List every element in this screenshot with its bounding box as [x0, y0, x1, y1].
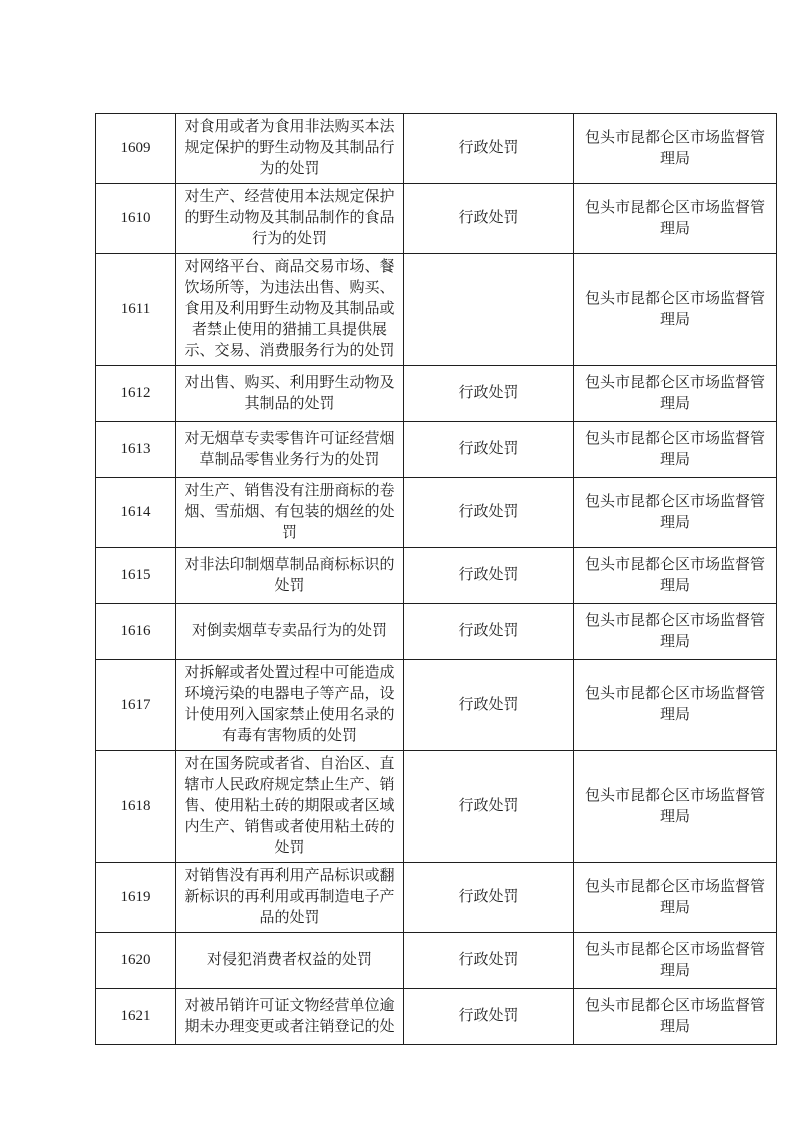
cell-authority: 包头市昆都仑区市场监督管理局 — [574, 422, 777, 478]
table-row: 1612 对出售、购买、利用野生动物及其制品的处罚 行政处罚 包头市昆都仑区市场… — [96, 366, 777, 422]
table-row: 1615 对非法印制烟草制品商标标识的处罚 行政处罚 包头市昆都仑区市场监督管理… — [96, 548, 777, 604]
document-page: 1609 对食用或者为食用非法购买本法规定保护的野生动物及其制品行为的处罚 行政… — [0, 0, 793, 1122]
cell-authority: 包头市昆都仑区市场监督管理局 — [574, 184, 777, 254]
cell-id: 1609 — [96, 114, 176, 184]
table-row: 1620 对侵犯消费者权益的处罚 行政处罚 包头市昆都仑区市场监督管理局 — [96, 933, 777, 989]
cell-type: 行政处罚 — [404, 366, 574, 422]
cell-authority: 包头市昆都仑区市场监督管理局 — [574, 478, 777, 548]
cell-matter: 对无烟草专卖零售许可证经营烟草制品零售业务行为的处罚 — [176, 422, 404, 478]
cell-authority: 包头市昆都仑区市场监督管理局 — [574, 548, 777, 604]
cell-authority: 包头市昆都仑区市场监督管理局 — [574, 751, 777, 863]
cell-id: 1620 — [96, 933, 176, 989]
cell-authority: 包头市昆都仑区市场监督管理局 — [574, 660, 777, 751]
cell-type: 行政处罚 — [404, 933, 574, 989]
cell-matter: 对拆解或者处置过程中可能造成环境污染的电器电子等产品，设计使用列入国家禁止使用名… — [176, 660, 404, 751]
table-row: 1609 对食用或者为食用非法购买本法规定保护的野生动物及其制品行为的处罚 行政… — [96, 114, 777, 184]
cell-id: 1621 — [96, 989, 176, 1045]
cell-matter: 对食用或者为食用非法购买本法规定保护的野生动物及其制品行为的处罚 — [176, 114, 404, 184]
cell-type: 行政处罚 — [404, 478, 574, 548]
cell-type: 行政处罚 — [404, 989, 574, 1045]
cell-matter: 对网络平台、商品交易市场、餐饮场所等，为违法出售、购买、食用及利用野生动物及其制… — [176, 254, 404, 366]
cell-authority: 包头市昆都仑区市场监督管理局 — [574, 989, 777, 1045]
table-row: 1611 对网络平台、商品交易市场、餐饮场所等，为违法出售、购买、食用及利用野生… — [96, 254, 777, 366]
table-row: 1610 对生产、经营使用本法规定保护的野生动物及其制品制作的食品行为的处罚 行… — [96, 184, 777, 254]
cell-type: 行政处罚 — [404, 114, 574, 184]
cell-authority: 包头市昆都仑区市场监督管理局 — [574, 863, 777, 933]
cell-authority: 包头市昆都仑区市场监督管理局 — [574, 933, 777, 989]
cell-type: 行政处罚 — [404, 660, 574, 751]
cell-id: 1614 — [96, 478, 176, 548]
cell-authority: 包头市昆都仑区市场监督管理局 — [574, 114, 777, 184]
cell-type: 行政处罚 — [404, 604, 574, 660]
cell-matter: 对在国务院或者省、自治区、直辖市人民政府规定禁止生产、销售、使用粘土砖的期限或者… — [176, 751, 404, 863]
cell-id: 1619 — [96, 863, 176, 933]
cell-authority: 包头市昆都仑区市场监督管理局 — [574, 604, 777, 660]
cell-matter: 对销售没有再利用产品标识或翻新标识的再利用或再制造电子产品的处罚 — [176, 863, 404, 933]
table-row: 1614 对生产、销售没有注册商标的卷烟、雪茄烟、有包装的烟丝的处罚 行政处罚 … — [96, 478, 777, 548]
penalty-items-table: 1609 对食用或者为食用非法购买本法规定保护的野生动物及其制品行为的处罚 行政… — [95, 113, 777, 1045]
cell-matter: 对侵犯消费者权益的处罚 — [176, 933, 404, 989]
cell-id: 1617 — [96, 660, 176, 751]
cell-matter: 对倒卖烟草专卖品行为的处罚 — [176, 604, 404, 660]
cell-type: 行政处罚 — [404, 751, 574, 863]
cell-id: 1610 — [96, 184, 176, 254]
cell-type: 行政处罚 — [404, 422, 574, 478]
cell-matter: 对出售、购买、利用野生动物及其制品的处罚 — [176, 366, 404, 422]
table-row: 1613 对无烟草专卖零售许可证经营烟草制品零售业务行为的处罚 行政处罚 包头市… — [96, 422, 777, 478]
cell-matter: 对生产、销售没有注册商标的卷烟、雪茄烟、有包装的烟丝的处罚 — [176, 478, 404, 548]
cell-matter: 对被吊销许可证文物经营单位逾期未办理变更或者注销登记的处 — [176, 989, 404, 1045]
cell-type: 行政处罚 — [404, 184, 574, 254]
cell-id: 1618 — [96, 751, 176, 863]
penalty-table-body: 1609 对食用或者为食用非法购买本法规定保护的野生动物及其制品行为的处罚 行政… — [96, 114, 777, 1045]
cell-type: 行政处罚 — [404, 863, 574, 933]
table-row: 1618 对在国务院或者省、自治区、直辖市人民政府规定禁止生产、销售、使用粘土砖… — [96, 751, 777, 863]
cell-id: 1615 — [96, 548, 176, 604]
table-row: 1619 对销售没有再利用产品标识或翻新标识的再利用或再制造电子产品的处罚 行政… — [96, 863, 777, 933]
table-row: 1616 对倒卖烟草专卖品行为的处罚 行政处罚 包头市昆都仑区市场监督管理局 — [96, 604, 777, 660]
cell-matter: 对生产、经营使用本法规定保护的野生动物及其制品制作的食品行为的处罚 — [176, 184, 404, 254]
cell-id: 1613 — [96, 422, 176, 478]
cell-id: 1611 — [96, 254, 176, 366]
table-row: 1621 对被吊销许可证文物经营单位逾期未办理变更或者注销登记的处 行政处罚 包… — [96, 989, 777, 1045]
cell-type: 行政处罚 — [404, 548, 574, 604]
cell-id: 1612 — [96, 366, 176, 422]
table-row: 1617 对拆解或者处置过程中可能造成环境污染的电器电子等产品，设计使用列入国家… — [96, 660, 777, 751]
cell-id: 1616 — [96, 604, 176, 660]
cell-type — [404, 254, 574, 366]
cell-authority: 包头市昆都仑区市场监督管理局 — [574, 366, 777, 422]
cell-matter: 对非法印制烟草制品商标标识的处罚 — [176, 548, 404, 604]
cell-authority: 包头市昆都仑区市场监督管理局 — [574, 254, 777, 366]
